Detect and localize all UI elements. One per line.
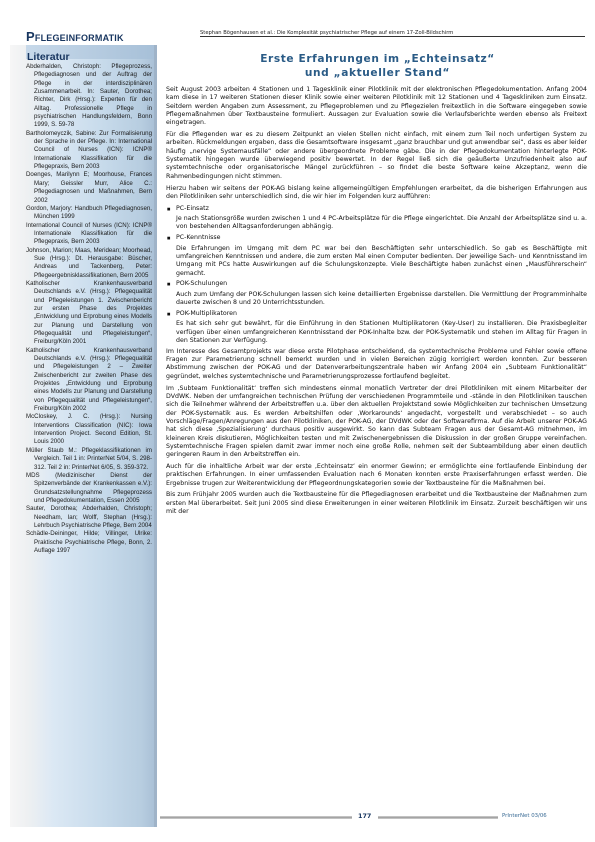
paragraph: Für die Pflegenden war es zu diesem Zeit… <box>166 131 587 181</box>
bullet-text: Die Erfahrungen im Umgang mit dem PC war… <box>166 245 587 278</box>
reference-item: Müller Staub M.: Pflegeklassifikationen … <box>26 447 152 472</box>
sidebar-divider <box>154 45 157 827</box>
reference-item: Abderhalden, Christoph: Pflegeprozess, P… <box>26 63 152 130</box>
paragraph: Im ‚Subteam Funktionalität‘ treffen sich… <box>166 385 587 460</box>
reference-item: Schädle-Deininger, Hilde; Villinger, Ulr… <box>26 530 152 555</box>
reference-list: Abderhalden, Christoph: Pflegeprozess, P… <box>26 63 152 555</box>
paragraph: Seit August 2003 arbeiten 4 Stationen un… <box>166 86 587 128</box>
literature-heading: Literatur <box>26 51 70 63</box>
footer-rule-right <box>378 816 498 819</box>
journal-issue: PrInterNet 03/06 <box>502 813 547 819</box>
reference-item: International Council of Nurses (ICN): I… <box>26 222 152 247</box>
article-body: Seit August 2003 arbeiten 4 Stationen un… <box>166 86 587 520</box>
reference-item: Katholischer Krankenhausverband Deutschl… <box>26 347 152 414</box>
bullet-label: PC-Kenntnisse <box>166 234 587 242</box>
reference-item: Sauter, Dorothea; Abderhalden, Christoph… <box>26 505 152 530</box>
literature-heading-bar: Literatur <box>26 45 154 59</box>
running-head: Stephan Bögenhausen et al.: Die Komplexi… <box>200 30 585 37</box>
bullet-label: PC-Einsatz <box>166 205 587 213</box>
reference-item: Katholischer Krankenhausverband Deutschl… <box>26 280 152 347</box>
page-number: 177 <box>358 812 371 820</box>
reference-item: Johnson, Marion; Maas, Meridean; Moorhea… <box>26 247 152 280</box>
reference-item: MDS (Medizinischer Dienst der Spitzenver… <box>26 472 152 505</box>
bullet-text: Auch zum Umfang der POK-Schulungen lasse… <box>166 291 587 308</box>
paragraph: Auch für die inhaltliche Arbeit war der … <box>166 463 587 488</box>
reference-item: Gordon, Marjory: Handbuch Pflegediagnose… <box>26 205 152 222</box>
bullet-text: Je nach Stationsgröße wurden zwischen 1 … <box>166 215 587 232</box>
bullet-label: POK-Multiplikatoren <box>166 310 587 318</box>
section-brand: Pflegeinformatik <box>26 29 124 44</box>
reference-item: Doenges, Marilynn E; Moorhouse, Frances … <box>26 171 152 204</box>
article-title: Erste Erfahrungen im „Echteinsatz“ und „… <box>175 52 580 80</box>
paragraph: Bis zum Frühjahr 2005 wurden auch die Te… <box>166 491 587 516</box>
article-title-line-1: Erste Erfahrungen im „Echteinsatz“ <box>175 52 580 66</box>
footer-rule-left <box>160 816 352 819</box>
bullet-text: Es hat sich sehr gut bewährt, für die Ei… <box>166 320 587 345</box>
article-title-line-2: und „aktueller Stand“ <box>175 66 580 80</box>
paragraph: Hierzu haben wir seitens der POK-AG bisl… <box>166 185 587 202</box>
paragraph: Im Interesse des Gesamtprojekts war dies… <box>166 348 587 381</box>
bullet-label: POK-Schulungen <box>166 280 587 288</box>
reference-item: McCloskey, J. C. (Hrsg.): Nursing Interv… <box>26 413 152 446</box>
reference-item: Bartholomeyczik, Sabine: Zur Formalisier… <box>26 130 152 172</box>
